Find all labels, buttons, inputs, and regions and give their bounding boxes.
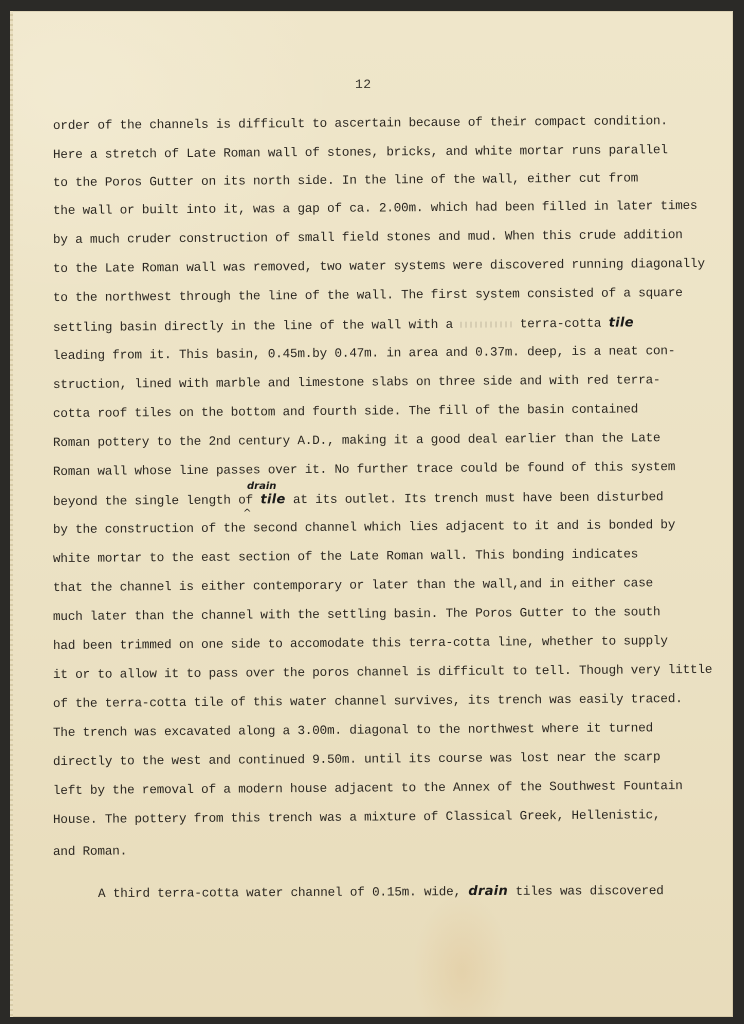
text-line-settling: settling basin directly in the line of t…: [53, 315, 634, 335]
text-line-11: cotta roof tiles on the bottom and fourt…: [53, 402, 638, 421]
text-line-7: to the northwest through the line of the…: [53, 286, 683, 305]
text-line-18: much later than the channel with the set…: [53, 605, 661, 624]
text-line-5: by a much cruder construction of small f…: [53, 228, 683, 247]
text-line-23: directly to the west and continued 9.50m…: [53, 750, 661, 769]
text-line-22: The trench was excavated along a 3.00m. …: [53, 721, 653, 740]
text-line-20: it or to allow it to pass over the poros…: [53, 663, 712, 682]
text-line-final: A third terra-cotta water channel of 0.1…: [98, 883, 664, 901]
handwritten-tile-2: tile: [260, 492, 285, 507]
text-line-26: and Roman.: [53, 844, 127, 859]
final-line-text-before: A third terra-cotta water channel of 0.1…: [98, 885, 468, 901]
text-line-10: struction, lined with marble and limesto…: [53, 373, 661, 392]
text-line-16: white mortar to the east section of the …: [53, 547, 638, 566]
settling-line-text-before: settling basin directly in the line of t…: [53, 318, 461, 335]
page-number: 12: [355, 77, 372, 92]
text-line-beyond: beyond the single length of tile at its …: [53, 489, 663, 509]
beyond-line-text-before: beyond the single length of: [53, 493, 253, 509]
erased-word: [erased]: [460, 321, 512, 327]
text-line-9: leading from it. This basin, 0.45m.by 0.…: [53, 344, 675, 363]
text-line-4: the wall or built into it, was a gap of …: [53, 199, 698, 218]
typewritten-page: 12 order of the channels is difficult to…: [12, 11, 733, 1017]
text-line-2: Here a stretch of Late Roman wall of sto…: [53, 143, 668, 162]
text-line-6: to the Late Roman wall was removed, two …: [53, 257, 705, 276]
text-line-24: left by the removal of a modern house ad…: [53, 779, 683, 798]
text-line-15: by the construction of the second channe…: [53, 518, 675, 537]
handwritten-drain: drain: [468, 884, 508, 899]
handwritten-tile: tile: [609, 315, 634, 330]
text-line-12: Roman pottery to the 2nd century A.D., m…: [53, 431, 661, 450]
text-line-1: order of the channels is difficult to as…: [53, 114, 668, 133]
beyond-line-text-after: at its outlet. Its trench must have been…: [286, 490, 664, 507]
final-line-text-after: tiles was discovered: [508, 884, 664, 899]
text-line-19: had been trimmed on one side to accomoda…: [53, 634, 668, 653]
insertion-caret: ^: [243, 508, 251, 519]
text-line-13: Roman wall whose line passes over it. No…: [53, 460, 675, 479]
text-line-17: that the channel is either contemporary …: [53, 576, 653, 595]
text-line-25: House. The pottery from this trench was …: [53, 808, 661, 827]
handwritten-insert-drain: drain: [247, 481, 276, 492]
text-line-3: to the Poros Gutter on its north side. I…: [53, 171, 638, 190]
text-line-21: of the terra-cotta tile of this water ch…: [53, 692, 683, 711]
settling-line-text-after: terra-cotta: [512, 317, 608, 332]
